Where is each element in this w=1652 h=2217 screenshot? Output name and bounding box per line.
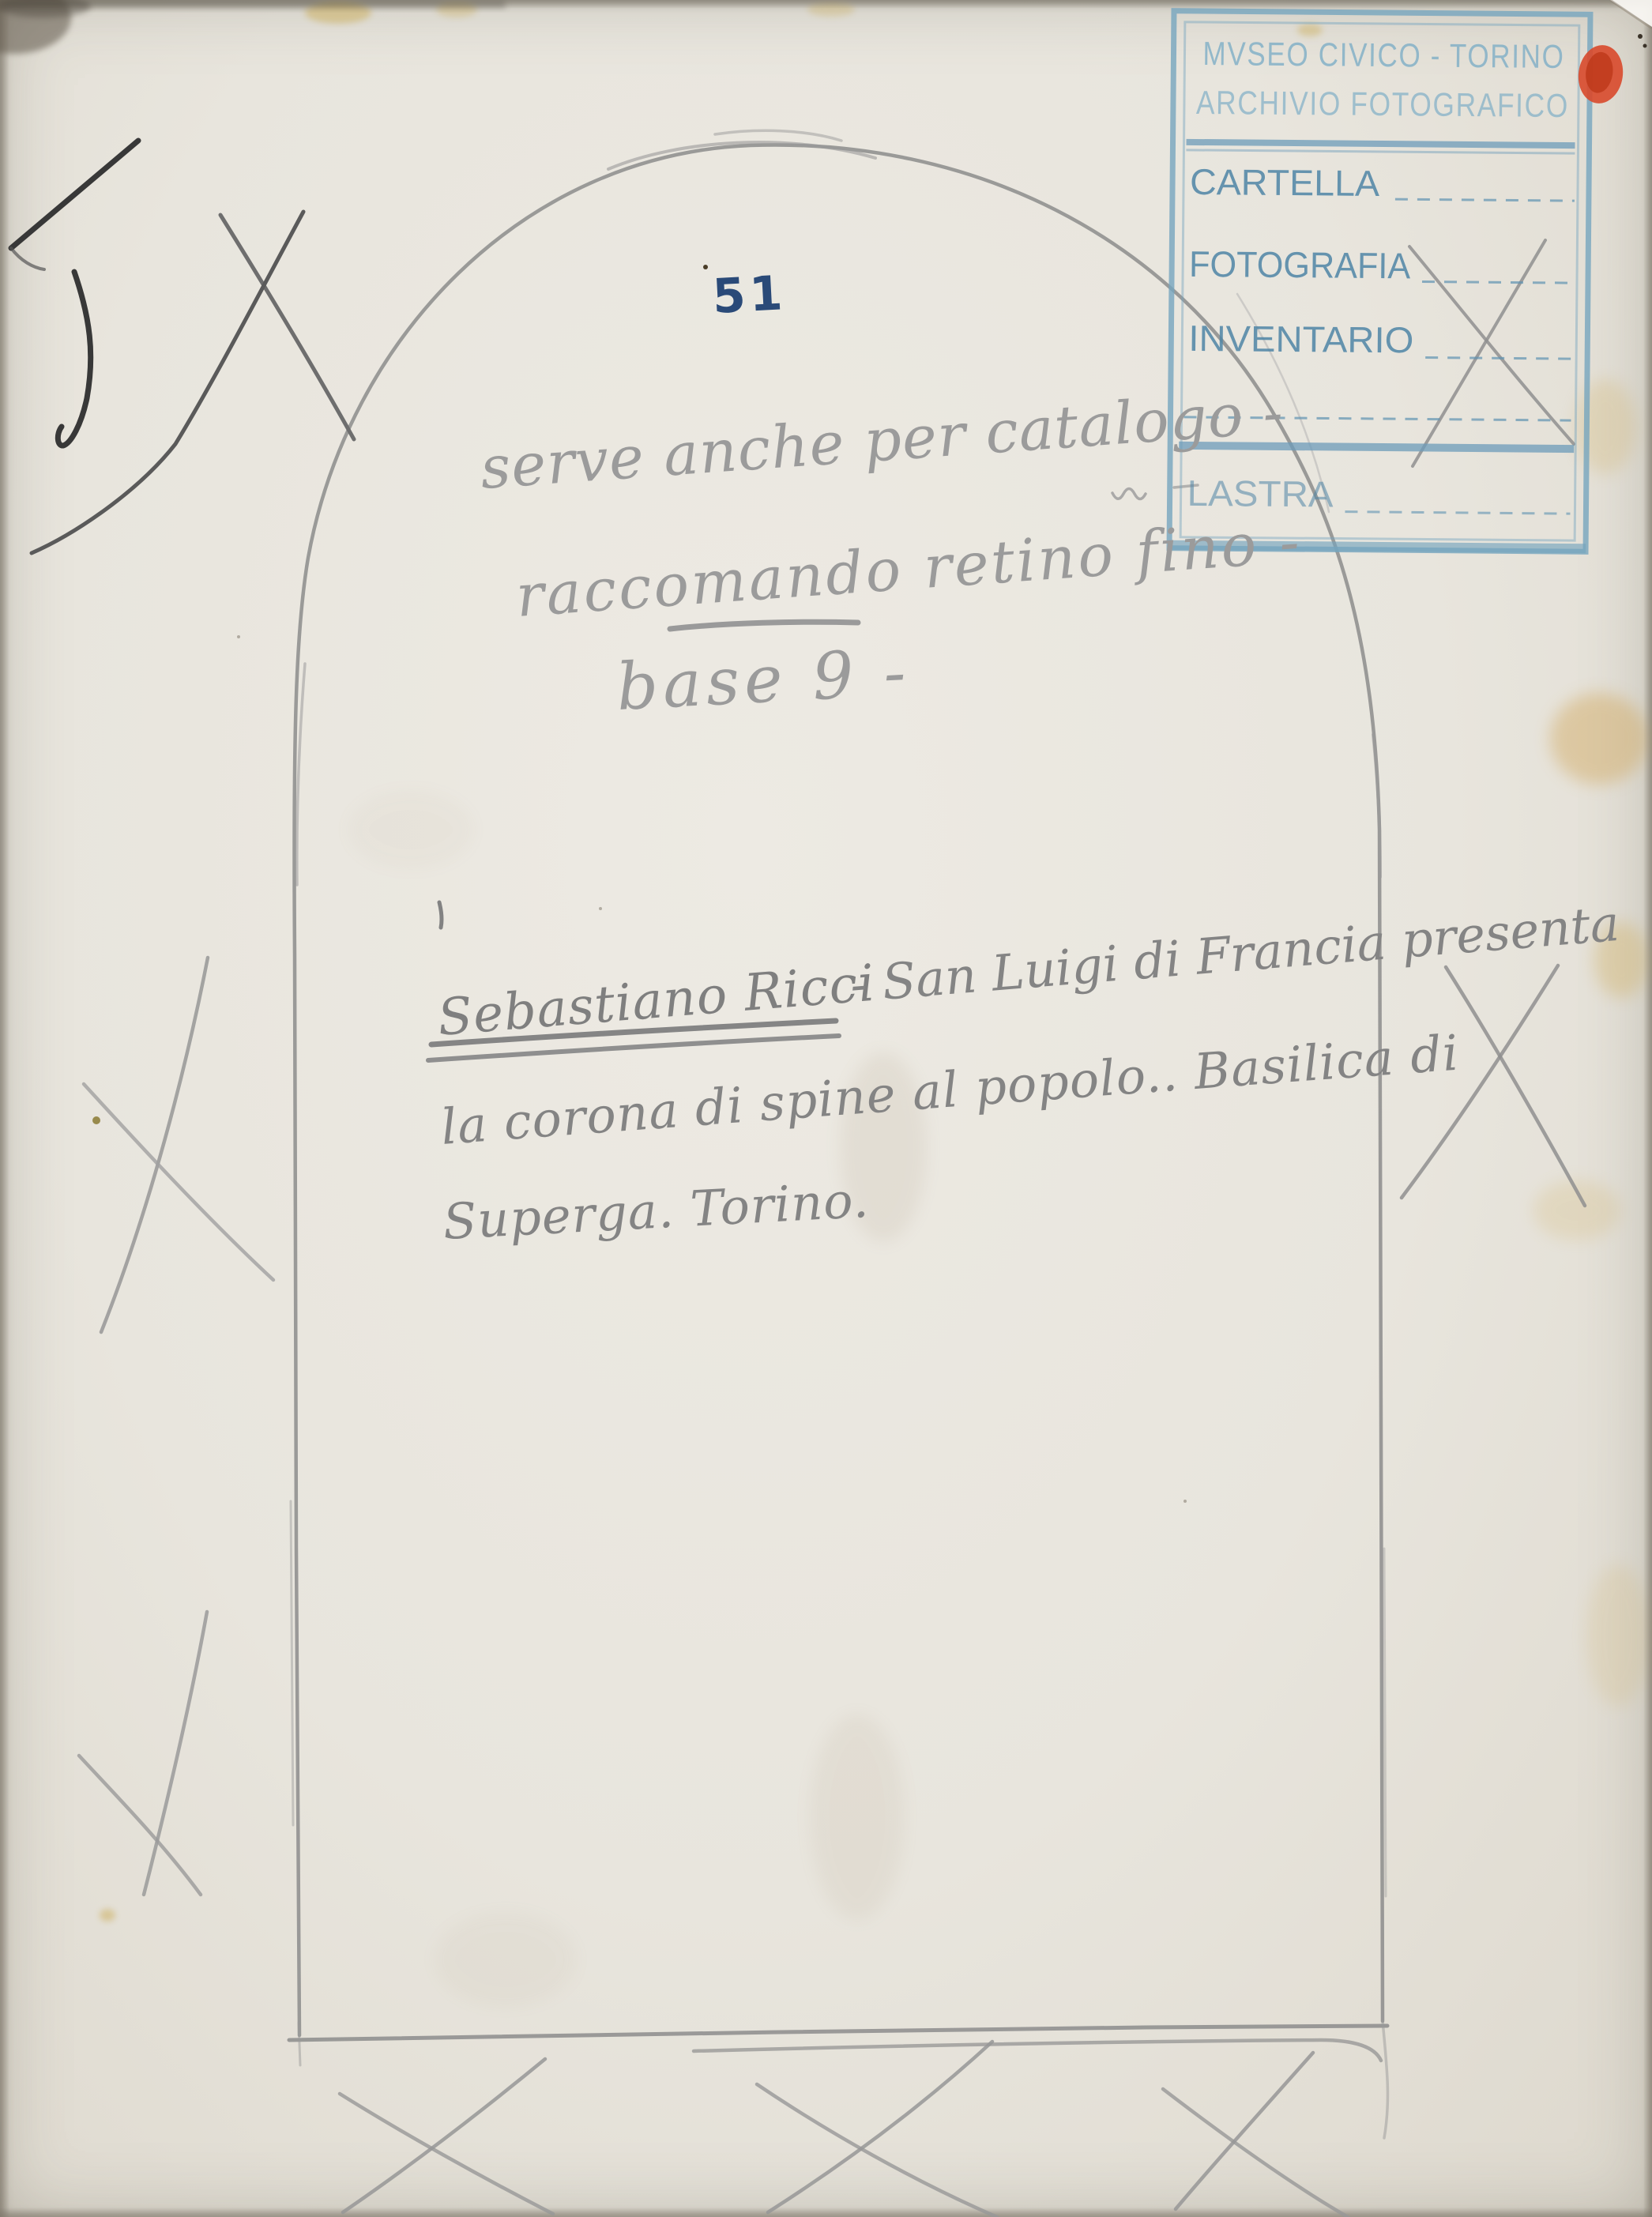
pencil-x-stamp (1409, 240, 1574, 466)
page-number-ink: 51 (711, 265, 788, 325)
stamp-dotted-line-lastra (1345, 512, 1570, 514)
pencil-squiggle (1112, 489, 1146, 499)
pencil-x-bottom-2 (757, 2042, 997, 2217)
pencil-x-bottom-left (79, 1612, 207, 1895)
stamp-header-line1: MVSEO CIVICO - TORINO (1202, 35, 1564, 75)
stamp-dotted-line-inventario (1425, 358, 1573, 359)
handwritten-notes: serve anche per catalogo - raccomando re… (428, 378, 1621, 1251)
note-line1: serve anche per catalogo - (478, 378, 1285, 502)
stamp-field-inventario: INVENTARIO (1188, 318, 1413, 360)
stamp-field-cartella: CARTELLA (1190, 161, 1380, 204)
stamp-dotted-line-cartella (1395, 199, 1575, 201)
pencil-x-mid-left (84, 958, 273, 1332)
caption-line2: la corona di spine al popolo.. Basilica … (439, 1024, 1461, 1156)
base-note: base 9 - (615, 635, 912, 725)
archive-card-back: MVSEO CIVICO - TORINO ARCHIVIO FOTOGRAFI… (0, 0, 1652, 2217)
stamp-dotted-line-fotografia (1422, 281, 1574, 283)
museum-stamp: MVSEO CIVICO - TORINO ARCHIVIO FOTOGRAFI… (1169, 11, 1590, 552)
pencil-x-bottom-3 (1163, 2053, 1348, 2217)
pencil-divider-line (670, 622, 858, 629)
card-scan-svg: MVSEO CIVICO - TORINO ARCHIVIO FOTOGRAFI… (0, 0, 1652, 2217)
pencil-x-right (1402, 965, 1585, 1206)
stamp-header-line2: ARCHIVIO FOTOGRAFICO (1196, 84, 1569, 124)
stamp-field-fotografia: FOTOGRAFIA (1189, 243, 1411, 286)
arch-base-line (289, 2026, 1387, 2040)
apostrophe-tick (439, 902, 442, 928)
pencil-x-top-left (32, 212, 354, 553)
caption-line3: Superga. Torino. (442, 1171, 871, 1251)
stamp-field-lastra: LASTRA (1187, 472, 1334, 515)
caption-artist: Sebastiano Ricci (435, 954, 877, 1048)
pencil-x-bottom-1 (340, 2059, 553, 2214)
caption-line1-rest: - San Luigi di Francia presenta (848, 894, 1621, 1014)
red-crayon-mark (1575, 42, 1627, 106)
pen-mark-figure (11, 141, 138, 446)
note-line2: raccomando retino fino - (514, 508, 1304, 630)
